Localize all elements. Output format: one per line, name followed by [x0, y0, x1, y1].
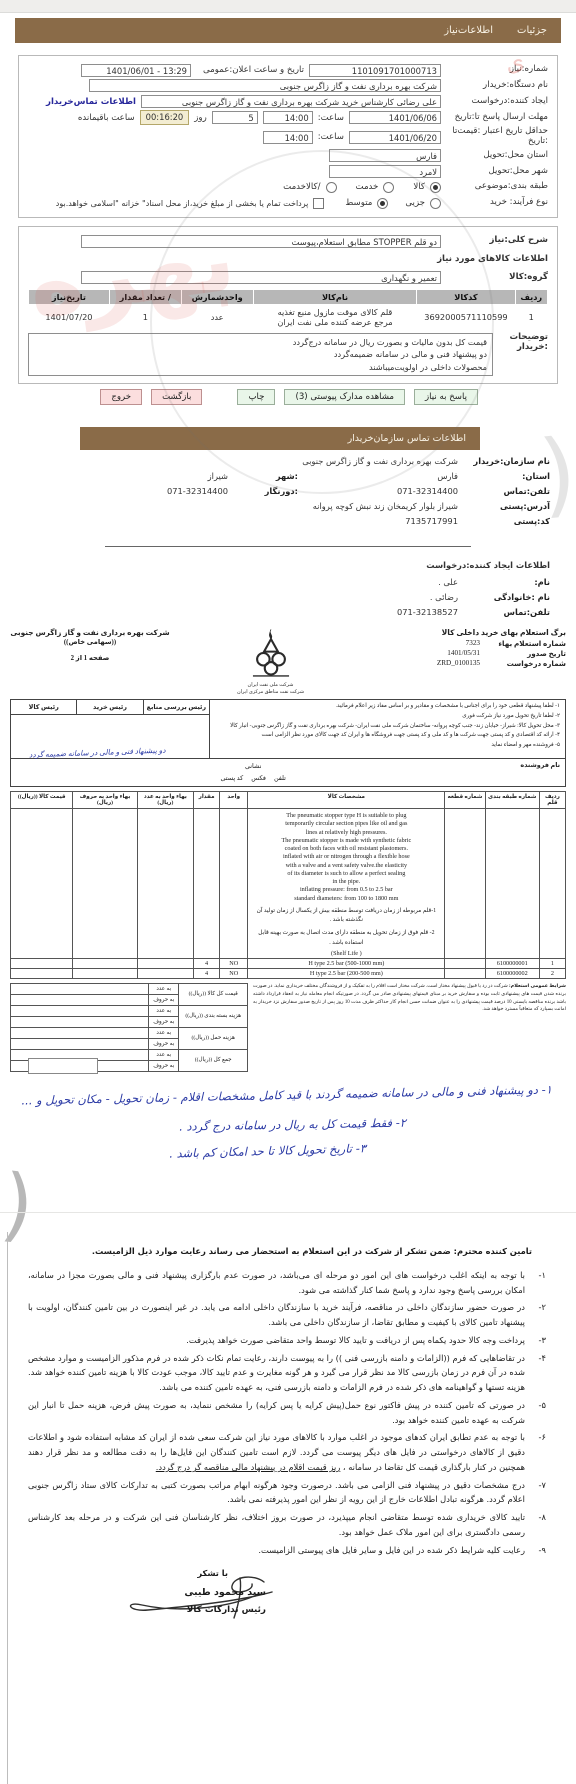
seller-row: نام فروشنده نشانی تلفن فکس کد پستی — [10, 759, 566, 787]
inquiry-page-no: صفحه 1 از 2 — [10, 654, 170, 662]
inquiry-company: شرکت بهره برداری نفت و گاز زاگرس جنوبی — [10, 628, 170, 637]
org-address-label: آدرس:پستی — [468, 501, 550, 511]
radio-minor-label: جزیی — [405, 198, 425, 208]
creator-fname-value: علی . — [308, 577, 458, 587]
goods-heading: اطلاعات کالاهای مورد نیاز — [28, 252, 548, 266]
logo-caption-2: شرکت نفت مناطق مرکزی ایران — [170, 690, 371, 697]
goods-col-name: نام‌کالا — [253, 289, 417, 304]
deadline-hour-label: ساعت: — [318, 113, 344, 123]
letter-item-3: ۳- پرداخت وجه کالا حدود یکماه پس از دریا… — [28, 1333, 546, 1348]
org-contact-header: اطلاعات تماس سازمان‌خریدار — [80, 427, 480, 450]
seller-address-label: نشانی — [16, 761, 490, 773]
item-row-1: 1 6100000001 H type 2.5 bar (500-1000 mm… — [11, 958, 566, 968]
seller-fax-label: فکس — [251, 775, 266, 782]
seller-tel-label: تلفن — [274, 775, 286, 782]
goods-col-qty: / تعداد مقدار — [109, 289, 181, 304]
sig-head-purchase: رئیس خرید — [76, 700, 142, 714]
days-label: روز — [194, 113, 206, 123]
spec-farsi-note-1: 1-قلم مربوطه از زمان دریافت توسط منطقه ب… — [249, 907, 443, 926]
creator-fname-label: نام: — [468, 577, 550, 587]
goods-row-idx: 1 — [515, 304, 547, 329]
goods-row-code: 3692000571110599 — [417, 304, 515, 329]
nioc-logo-icon — [250, 628, 292, 678]
need-desc-field[interactable]: دو قلم STOPPER مطابق استعلام،پیوست — [81, 235, 441, 248]
inquiry-items-table: ردیف قلمشماره طبقه بندیشماره قطعه مشخصات… — [10, 791, 566, 979]
need-goods-card: شرح کلی:نیاز دو قلم STOPPER مطابق استعلا… — [18, 226, 558, 384]
letter-item-9: ۹- رعایت کلیه شرایط ذکر شده در این فایل … — [28, 1543, 546, 1558]
org-phone-value: 071-32314400 — [308, 486, 458, 496]
letter-item-1: ۱- با توجه به اینکه اغلب درخواست های این… — [28, 1268, 546, 1298]
scan-paren-artifact: ) — [0, 1157, 38, 1253]
city-label: شهر محل:تحویل — [446, 167, 548, 177]
remaining-countdown: 00:16:20 — [140, 110, 190, 125]
creator-lname-value: رضائی . — [308, 592, 458, 602]
handnote-line-3: ۳- تاریخ تحویل کالا تا حد امکان کم باشد … — [20, 1141, 366, 1165]
creator-phone-label: تلفن:تماس — [468, 607, 550, 617]
inquiry-date: 1401/05/31 — [447, 649, 480, 658]
handnote-line-2: ۲- فقط قیمت کل به ریال در سامانه درج گرد… — [20, 1116, 406, 1137]
buyer-contact-link[interactable]: اطلاعات تماس‌خریدار — [46, 97, 136, 107]
radio-medium-label: متوسط — [345, 198, 372, 208]
radio-minor[interactable] — [430, 198, 441, 209]
announce-field[interactable]: 13:29 - 1401/06/01 — [81, 64, 191, 77]
org-name-label: نام سازمان:خریدار — [468, 456, 550, 466]
creator-info-block: اطلاعات ایجاد کننده:درخواست نام: علی . ن… — [40, 560, 550, 622]
spec-english-block: The pneumatic stopper type H is suitable… — [249, 810, 443, 903]
signer-title: رئیس تدارکات کالا — [76, 1603, 266, 1619]
need-desc-label: شرح کلی:نیاز — [446, 236, 548, 246]
deadline-label: مهلت ارسال پاسخ تا:تاریخ — [446, 113, 548, 123]
inquiry-no: 7323 — [466, 639, 480, 648]
sig-head-goods: رئیس کالا — [11, 700, 76, 714]
signer-name: سید محمود طیبی — [76, 1585, 266, 1602]
creator-phone-value: 071-32138527 — [308, 607, 458, 617]
tab-need-info[interactable]: اطلاعات‌نیاز — [444, 25, 493, 36]
treasury-note: پرداخت تمام یا بخشی از مبلغ خرید،از محل … — [56, 199, 309, 208]
item-row-2: 2 6100000002 H type 2.5 bar (200-500 mm)… — [11, 968, 566, 978]
scan-edge-line — [0, 1212, 576, 1213]
group-label: گروه:کالا — [446, 273, 548, 283]
seller-postal-label: کد پستی — [220, 775, 243, 782]
goods-table: ردیف کدکالا نام‌کالا واحدشمارش / تعداد م… — [28, 289, 548, 329]
letter-page-edge — [7, 1232, 8, 1784]
letter-item-4: ۴- در تقاضاهایی که فرم ((الزامات و دامنه… — [28, 1351, 546, 1395]
creator-field[interactable]: علی رضائی کارشناس خرید شرکت بهره برداری … — [141, 95, 441, 108]
org-province-label: استان: — [468, 471, 550, 481]
org-fax-value: 071-32314400 — [167, 486, 228, 496]
goods-col-code: کدکالا — [417, 289, 515, 304]
inquiry-terms-box: ۱- لطفا پیشنهاد قطعی خود را برای اجناس ب… — [10, 699, 566, 759]
inquiry-title: برگ استعلام بهای خرید داخلی کالا — [371, 628, 566, 637]
buyer-org-field[interactable]: شرکت بهره برداری نفت و گاز زاگرس جنوبی — [89, 79, 441, 92]
letter-item-6: ۶- با توجه به عدم تطابق ایران کدهای موجو… — [28, 1430, 546, 1474]
goods-row-date: 1401/07/20 — [29, 304, 110, 329]
org-name-value: شرکت بهره برداری نفت و گاز زاگرس جنوبی — [302, 456, 458, 466]
action-button-row: پاسخ به نیاز مشاهده مدارک پیوستی (3) چاپ… — [100, 389, 478, 405]
view-attachments-button[interactable]: مشاهده مدارک پیوستی (3) — [284, 389, 405, 405]
goods-row: 1 3692000571110599 قلم کالای موقت مازول … — [29, 304, 548, 329]
tab-details[interactable]: جزئیات — [517, 25, 547, 36]
goods-col-idx: ردیف — [515, 289, 547, 304]
goods-col-date: تاریخ‌نیاز — [29, 289, 110, 304]
org-contact-heading: اطلاعات تماس سازمان‌خریدار — [348, 433, 466, 444]
handnote-line-1: ۱- دو پیشنهاد فنی و مالی در سامانه ضمیمه… — [20, 1082, 552, 1107]
goods-row-name: قلم کالای موقت مازول منبع تغذیه مرجع عرض… — [253, 304, 417, 329]
radio-service-label: خدمت — [356, 182, 379, 192]
validity-hour-label: ساعت: — [318, 132, 344, 142]
scanned-inquiry-sheet: برگ استعلام بهای خرید داخلی کالا شماره ا… — [10, 628, 566, 1080]
radio-goods-label: کالا — [413, 182, 425, 192]
letter-item-8: ۸- تایید کالای خریداری شده توسط متقاضی ا… — [28, 1510, 546, 1540]
general-terms: شرایط عمومی استعلام: شرکت در رد یا قبول … — [253, 983, 566, 1072]
org-contact-block: نام سازمان:خریدار شرکت بهره برداری نفت و… — [40, 456, 550, 531]
radio-goods-service[interactable] — [326, 182, 337, 193]
announce-label: تاریخ و ساعت اعلان:عمومی — [196, 65, 304, 75]
letter-closing: با تشکر سید محمود طیبی رئیس تدارکات کالا — [76, 1566, 266, 1619]
province-field[interactable]: فارس — [329, 149, 441, 162]
spec-farsi-note-2: 2- قلم فوق از زمان تحویل به منطقه دارای … — [249, 929, 443, 948]
group-field[interactable]: تعمیر و نگهداری — [81, 271, 441, 284]
city-field[interactable]: لامرد — [329, 165, 441, 178]
letter-item-2: ۲- در صورت حضور سازندگان داخلی در مناقصه… — [28, 1300, 546, 1330]
exit-button[interactable]: خروج — [100, 389, 142, 405]
need-no-label: شماره:نیاز — [446, 65, 548, 75]
org-city-label: :شهر — [238, 471, 298, 481]
inquiry-request-no: ZRD_0100135 — [437, 659, 480, 668]
treasury-checkbox[interactable] — [313, 198, 324, 209]
seller-name-label: نام فروشنده — [520, 761, 560, 769]
province-label: استان محل:تحویل — [446, 151, 548, 161]
scan-corner-box — [28, 1058, 98, 1074]
process-type-label: نوع فرآیند: خرید — [446, 198, 548, 208]
days-field[interactable]: 5 — [212, 111, 258, 124]
handwritten-notes: ۱- دو پیشنهاد فنی و مالی در سامانه ضمیمه… — [20, 1088, 556, 1160]
back-button[interactable]: بازگشت — [151, 389, 202, 405]
validity-time-field[interactable]: 14:00 — [263, 131, 313, 144]
org-phone-label: تلفن:تماس — [468, 486, 550, 496]
inquiry-company-type: ((سهامی خاص)) — [10, 638, 170, 646]
radio-goods[interactable] — [430, 182, 441, 193]
shelf-life-note: (Shelf Life ) — [249, 950, 443, 957]
org-city-value: شیراز — [208, 471, 228, 481]
org-postal-label: کد:پستی — [468, 516, 550, 526]
goods-row-qty: 1 — [109, 304, 181, 329]
answer-need-button[interactable]: پاسخ به نیاز — [414, 389, 478, 405]
letter-intro: تامین کننده محترم: ضمن تشکر از شرکت در ا… — [28, 1244, 532, 1259]
browser-top-strip — [0, 0, 576, 13]
validity-date-field[interactable]: 1401/06/20 — [349, 131, 441, 144]
validity-label: حداقل تاریخ اعتبار :قیمت‌تا :تاریخ — [446, 127, 548, 147]
deadline-date-field[interactable]: 1401/06/06 — [349, 111, 441, 124]
buyer-notes-box[interactable]: قیمت کل بدون مالیات و بصورت ریال در ساما… — [28, 333, 493, 376]
radio-goods-service-label: /کالاخدمت — [283, 182, 320, 192]
buyer-org-label: نام دستگاه:خریدار — [446, 81, 548, 91]
need-header-form: شماره:نیاز 1101091701000713 تاریخ و ساعت… — [18, 55, 558, 218]
letter-item-5: ۵- در صورتی که تامین کننده در پیش فاکتور… — [28, 1398, 546, 1428]
radio-medium[interactable] — [377, 198, 388, 209]
radio-service[interactable] — [383, 182, 394, 193]
letter-item-7: ۷- درج مشخصات دقیق در پیشنهاد فنی الزامی… — [28, 1478, 546, 1508]
goods-row-unit: عدد — [181, 304, 253, 329]
creator-heading: اطلاعات ایجاد کننده:درخواست — [40, 560, 550, 570]
creator-label: ایجاد کننده:درخواست — [446, 97, 548, 107]
org-address-value: شیراز بلوار کریمخان زند نبش کوچه پروانه — [313, 501, 458, 511]
creator-lname-label: نام :خانوادگی — [468, 592, 550, 602]
deadline-time-field[interactable]: 14:00 — [263, 111, 313, 124]
print-button[interactable]: چاپ — [237, 389, 275, 405]
classification-label: طبقه بندی:موضوعی — [446, 182, 548, 192]
need-no-field[interactable]: 1101091701000713 — [309, 64, 441, 77]
org-fax-label: :دورنگار — [238, 486, 298, 496]
org-postal-value: 7135717991 — [405, 516, 458, 526]
sig-head-resources: رئیس بررسی منابع — [143, 700, 209, 714]
goods-col-unit: واحدشمارش — [181, 289, 253, 304]
remaining-label: ساعت باقیمانده — [78, 113, 135, 123]
org-province-value: فارس — [308, 471, 458, 481]
section-divider — [105, 546, 471, 547]
buyer-notes-label: توضیحات :خریدار — [498, 333, 548, 353]
supplier-letter: تامین کننده محترم: ضمن تشکر از شرکت در ا… — [28, 1244, 546, 1619]
spec-row: The pneumatic stopper type H is suitable… — [11, 809, 566, 959]
tab-bar: جزئیات اطلاعات‌نیاز — [15, 18, 561, 43]
